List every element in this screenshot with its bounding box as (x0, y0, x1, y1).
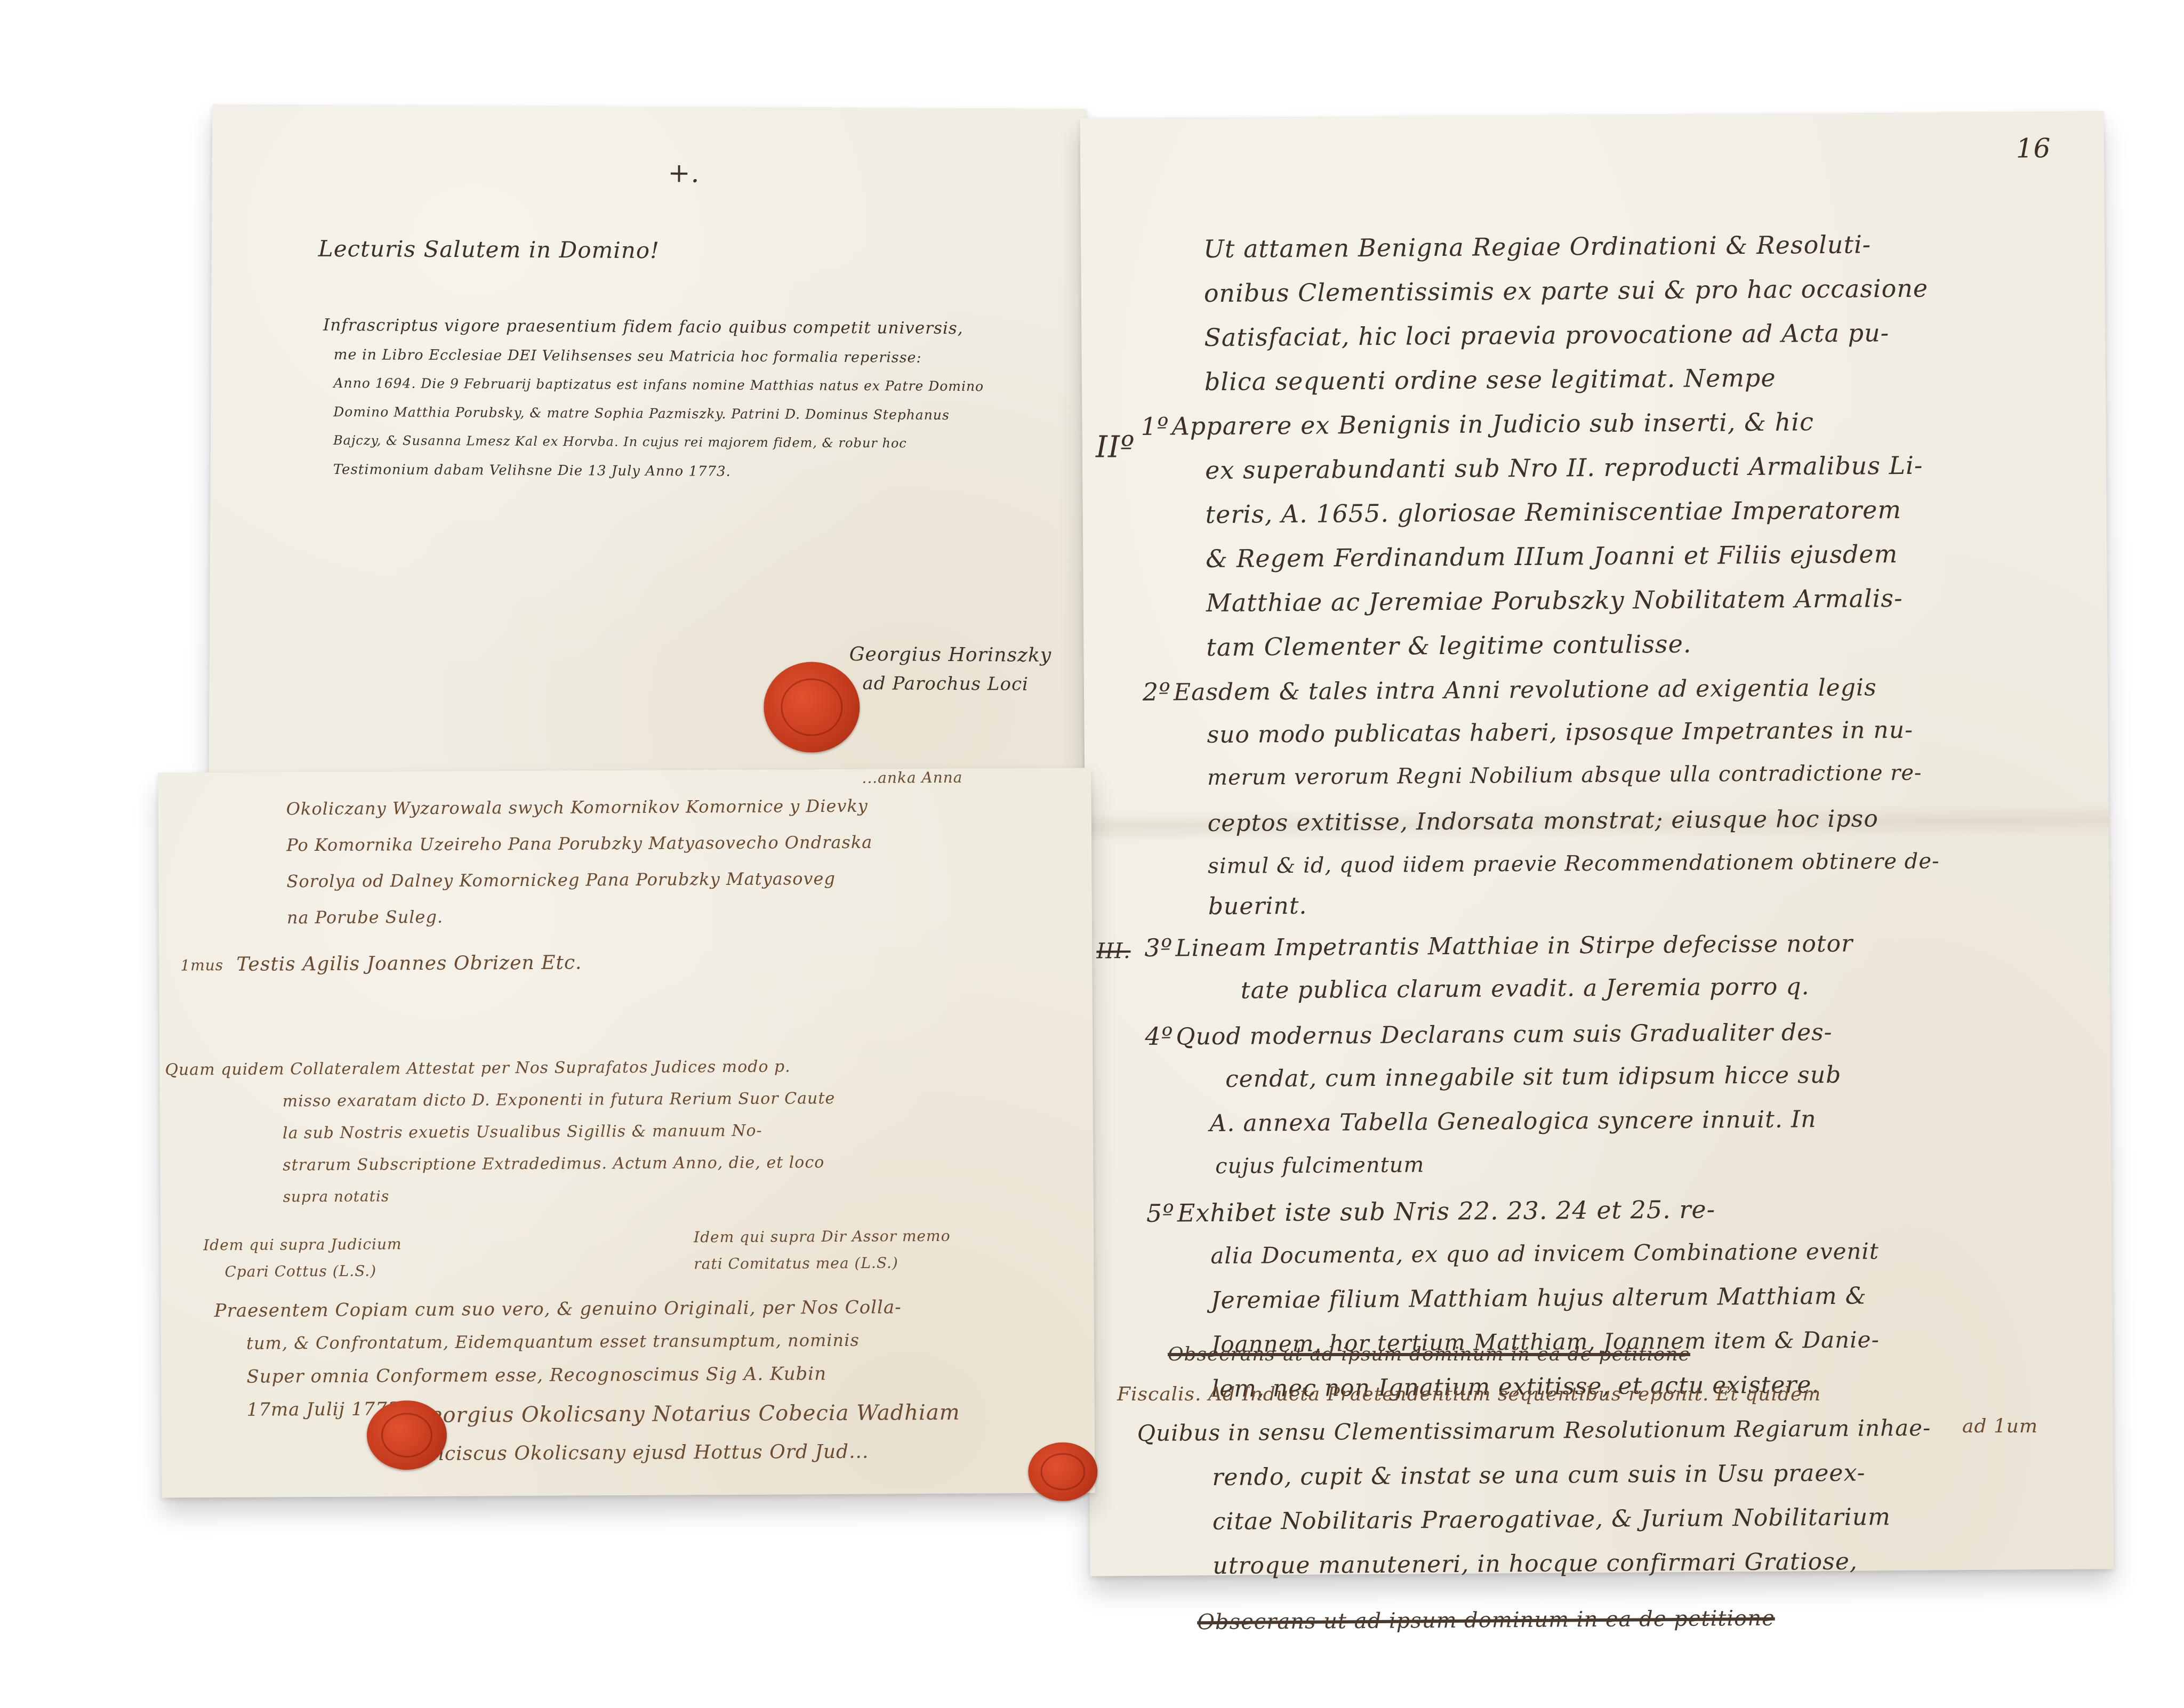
struck-line-visible: Obsecrans ut ad ipsum dominum in ea de p… (1168, 1343, 1690, 1365)
body-line: na Porube Suleg. (287, 907, 443, 928)
text-line: onibus Clementissimis ex parte sui & pro… (1204, 274, 1929, 308)
text-line: merum verorum Regni Nobilium absque ulla… (1207, 761, 1922, 790)
attest-line: misso exaratam dicto D. Exponenti in fut… (283, 1089, 836, 1110)
salutation: Lecturis Salutem in Domino! (318, 236, 660, 263)
body-line: Infrascriptus vigore praesentium fidem f… (323, 316, 963, 338)
text-line: utroque manuteneri, in hocque confirmari… (1213, 1548, 1858, 1580)
text-line: rendo, cupit & instat se una cum suis in… (1212, 1460, 1866, 1492)
text-line: teris, A. 1655. gloriosae Reminiscentiae… (1205, 495, 1901, 529)
attest-line: la sub Nostris exuetis Usualibus Sigilli… (283, 1122, 762, 1143)
assessor-signature: Idem qui supra Dir Assor memo (694, 1227, 951, 1246)
text-line: 3º Lineam Impetrantis Matthiae in Stirpe… (1144, 929, 1853, 962)
signature-title: ad Parochus Loci (863, 673, 1029, 695)
page-number: 16 (2016, 133, 2051, 164)
text-line: Matthiae ac Jeremiae Porubszky Nobilitat… (1206, 584, 1903, 617)
body-line: Po Komornika Uzeireho Pana Porubzky Maty… (286, 832, 872, 856)
attest-line: strarum Subscriptione Extradedimus. Actu… (283, 1153, 824, 1174)
copy-line: Praesentem Copiam cum suo vero, & genuin… (214, 1296, 902, 1322)
wax-seal-right (1028, 1442, 1098, 1501)
text-line: buerint. (1208, 892, 1307, 920)
text-line: ceptos extitisse, Indorsata monstrat; ei… (1208, 805, 1878, 837)
text-line: 4º Quod modernus Declarans cum suis Grad… (1145, 1017, 1832, 1051)
text-line: Jeremiae filium Matthiam hujus alterum M… (1211, 1282, 1867, 1314)
text-line: tam Clementer & legitime contulisse. (1206, 630, 1691, 662)
text-line: A. annexa Tabella Genealogica syncere in… (1209, 1106, 1816, 1137)
text-line: suo modo publicatas haberi, ipsosque Imp… (1207, 716, 1913, 748)
body-line: Testimonium dabam Velihsne Die 13 July A… (333, 462, 731, 480)
text-line: 5º Exhibet iste sub Nris 22. 23. 24 et 2… (1146, 1195, 1716, 1227)
text-line: citae Nobilitaris Praerogativae, & Juriu… (1213, 1503, 1891, 1535)
fiscal-response-line: Fiscalis. Ad Inducta Praetendentium sequ… (1117, 1383, 1821, 1405)
signature-name: Georgius Horinszky (849, 643, 1051, 666)
witness-number: 1mus (180, 956, 223, 974)
body-line: Okoliczany Wyzarowala swych Komornikov K… (286, 796, 868, 819)
attestation-sheet: ...anka Anna Okoliczany Wyzarowala swych… (158, 768, 1095, 1497)
copy-line: tum, & Confrontatum, Eidemquantum esset … (246, 1330, 860, 1353)
baptismal-certificate-sheet: +. Lecturis Salutem in Domino! Infrascri… (209, 104, 1087, 781)
body-line: me in Libro Ecclesiae DEI Velihsenses se… (334, 347, 922, 366)
page-mark: +. (668, 157, 700, 188)
text-line: Satisfaciat, hic loci praevia provocatio… (1204, 318, 1889, 352)
text-line: 2º Easdem & tales intra Anni revolutione… (1143, 672, 1877, 706)
text-line: cendat, cum innegabile sit tum idipsum h… (1225, 1061, 1842, 1093)
text-line: 1º Apparere ex Benignis in Judicio sub i… (1141, 407, 1814, 441)
text-line: blica sequenti ordine sese legitimat. Ne… (1205, 364, 1776, 396)
fiscal-tail: ad 1um (1962, 1415, 2038, 1437)
text-line: alia Documenta, ex quo ad invicem Combin… (1210, 1238, 1879, 1269)
top-fragment: ...anka Anna (862, 769, 962, 787)
text-line: ex superabundanti sub Nro II. reproducti… (1205, 451, 1923, 485)
closing-signature: Franciscus Okolicsany ejusd Hottus Ord J… (396, 1441, 869, 1465)
assessor-signature: rati Comitatus mea (L.S.) (694, 1254, 898, 1272)
body-line: Bajczy, & Susanna Lmesz Kal ex Horvba. I… (333, 433, 907, 451)
wax-seal-left (367, 1400, 447, 1470)
judge-signature: Idem qui supra Judicium (203, 1235, 402, 1254)
text-line: Quibus in sensu Clementissimarum Resolut… (1137, 1415, 1931, 1446)
copy-line: Super omnia Conformem esse, Recognoscimu… (246, 1363, 826, 1388)
body-line: Anno 1694. Die 9 Februarij baptizatus es… (334, 375, 984, 394)
text-line: Ut attamen Benigna Regiae Ordinationi & … (1203, 230, 1871, 263)
text-line: & Regem Ferdinandum IIIum Joanni et Fili… (1206, 539, 1898, 573)
judge-signature: Cpari Cottus (L.S.) (224, 1262, 376, 1280)
closing-signature: Georgius Okolicsany Notarius Cobecia Wad… (412, 1400, 960, 1428)
attest-line: Quam quidem Collateralem Attestat per No… (165, 1057, 791, 1079)
text-line: simul & id, quod iidem praevie Recommend… (1208, 849, 1940, 879)
witness-text: Testis Agilis Joannes Obrizen Etc. (236, 952, 582, 975)
wax-seal (764, 662, 860, 753)
body-line: Domino Matthia Porubsky, & matre Sophia … (333, 404, 950, 423)
margin-note: IIº (1096, 430, 1135, 465)
margin-note: III. (1096, 939, 1130, 963)
text-line: tate publica clarum evadit. a Jeremia po… (1241, 973, 1810, 1004)
attest-line: supra notatis (283, 1187, 390, 1205)
struck-line: Obsecrans ut ad ipsum dominum in ea de p… (1197, 1606, 1775, 1635)
text-line: cujus fulcimentum (1215, 1153, 1425, 1179)
body-line: Sorolya od Dalney Komornickeg Pana Porub… (286, 868, 836, 891)
